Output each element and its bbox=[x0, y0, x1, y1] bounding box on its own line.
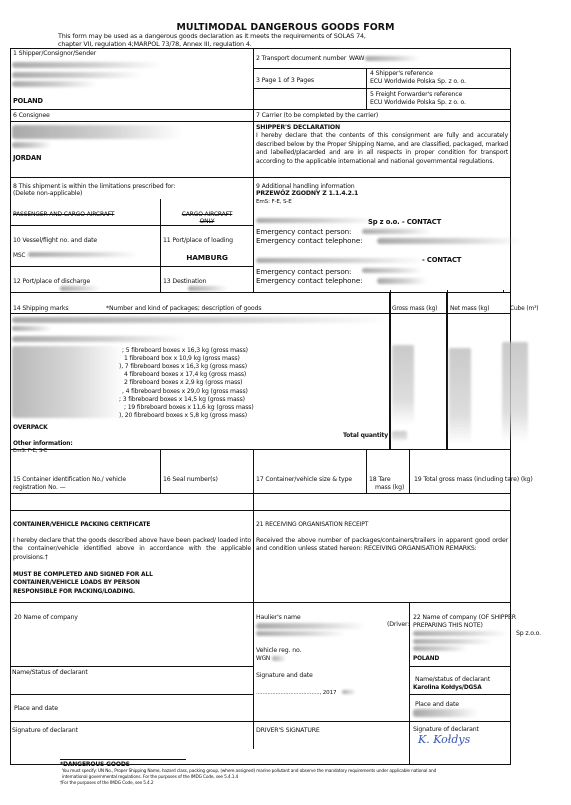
redacted-contact2-phone bbox=[377, 278, 427, 284]
box20-place-date-label: Place and date bbox=[14, 705, 58, 713]
redacted-description-line2 bbox=[12, 326, 52, 331]
haulier-name-label: Haulier's name bbox=[256, 614, 301, 622]
redacted-shipper-address bbox=[12, 72, 142, 78]
box18-label-line1: 18 Tare bbox=[369, 476, 391, 484]
redacted-net-mass bbox=[449, 348, 471, 444]
box18-label-line2: mass (kg) bbox=[375, 484, 404, 492]
box15-label-line2: registration No. — bbox=[13, 484, 66, 492]
vehicle-reg-value: WGN bbox=[256, 655, 270, 663]
form-subtitle-line2: chapter VII, regulation 4;MARPOL 73/78, … bbox=[58, 40, 252, 48]
redacted-discharge-port bbox=[60, 286, 100, 291]
shipper-reference: ECU Worldwide Polska Sp. z o. o. bbox=[370, 78, 466, 86]
package-line: 2 fibreboard boxes x 2,9 kg (gross mass) bbox=[124, 379, 242, 387]
box5-label: 5 Freight Forwarder's reference bbox=[370, 91, 462, 99]
handling-info-ems: EmS: F-E, S-E bbox=[256, 198, 292, 206]
packing-cert-title: CONTAINER/VEHICLE PACKING CERTIFICATE bbox=[13, 521, 150, 529]
box20-label: 20 Name of company bbox=[14, 614, 78, 622]
form-subtitle-line1: This form may be used as a dangerous goo… bbox=[58, 32, 366, 40]
port-of-loading: HAMBURG bbox=[161, 254, 253, 262]
redacted-contact1-person bbox=[362, 229, 432, 234]
handling-info-line1: PRZEWÓZ ZGODNY Z 1.1.4.2.1 bbox=[256, 190, 358, 198]
box21-label: 21 RECEIVING ORGANISATION RECEIPT bbox=[256, 521, 368, 529]
declarant-signature: K. Kołdys bbox=[418, 733, 470, 746]
declaration-title: SHIPPER'S DECLARATION bbox=[256, 124, 340, 132]
box14-shipping-marks-label: 14 Shipping marks bbox=[13, 305, 68, 313]
redacted-cube bbox=[502, 342, 528, 442]
box19-label: 19 Total gross mass (including tare) (kg… bbox=[414, 476, 533, 484]
redacted-box22-address bbox=[413, 639, 493, 644]
redacted-vessel bbox=[28, 252, 138, 257]
package-line: ; 5 fibreboard boxes x 16,3 kg (gross ma… bbox=[122, 347, 248, 355]
package-line: ; 3 fibreboard boxes x 14,5 kg (gross ma… bbox=[119, 396, 245, 404]
packing-cert-must-line3: RESPONSIBLE FOR PACKING/LOADING. bbox=[13, 588, 135, 596]
box1-label: 1 Shipper/Consignor/Sender bbox=[13, 50, 96, 58]
packing-cert-must-line2: CONTAINER/VEHICLE LOADS BY PERSON bbox=[13, 579, 140, 587]
overpack-label: OVERPACK bbox=[13, 424, 48, 432]
box4-label: 4 Shipper's reference bbox=[370, 70, 433, 78]
redacted-contact1-company bbox=[256, 218, 376, 223]
signature-date-label: Signature and date bbox=[256, 672, 313, 680]
freight-forwarder-reference: ECU Worldwide Polska Sp. z o. o. bbox=[370, 99, 466, 107]
contact2-phone-label: Emergency contact telephone: bbox=[256, 277, 362, 285]
package-line: , 4 fibreboard boxes x 29,0 kg (gross ma… bbox=[122, 388, 248, 396]
transport-doc-number: WAW bbox=[349, 55, 364, 63]
box3-label: 3 Page 1 of 3 Pages bbox=[256, 77, 314, 85]
redacted-doc-number bbox=[365, 56, 420, 61]
shipper-country: POLAND bbox=[13, 97, 43, 105]
redacted-haulier-name bbox=[256, 623, 366, 629]
redacted-destination bbox=[188, 286, 228, 291]
signature-date-value: .......................................,… bbox=[256, 689, 336, 697]
redacted-consignee-line bbox=[12, 142, 52, 148]
redacted-signature-date bbox=[342, 690, 356, 694]
box21-text: Received the above number of packages/co… bbox=[256, 537, 508, 554]
redacted-box22-place-date bbox=[413, 709, 478, 717]
redacted-gross-mass bbox=[392, 345, 414, 425]
vessel-value: MSC bbox=[13, 252, 25, 260]
contact2-heading: - CONTACT bbox=[422, 256, 461, 264]
consignee-country: JORDAN bbox=[13, 154, 41, 162]
redacted-consignee bbox=[12, 125, 182, 139]
contact1-heading: Sp z o.o. - CONTACT bbox=[368, 218, 441, 226]
box22-declarant-value: Karolina Kołdys/DGSA bbox=[413, 684, 482, 692]
box22-company-suffix: Sp z.o.o. bbox=[516, 630, 541, 638]
box15-label-line1: 15 Container identification No./ vehicle bbox=[13, 476, 126, 484]
redacted-package-items bbox=[12, 346, 124, 418]
box20-signature-label: Signature of declarant bbox=[12, 727, 78, 735]
contact2-person-label: Emergency contact person: bbox=[256, 268, 351, 276]
redacted-contact1-phone bbox=[377, 238, 522, 244]
box11-label: 11 Port/place of loading bbox=[163, 237, 233, 245]
package-line: ; 19 fibreboard boxes x 11,6 kg (gross m… bbox=[124, 404, 254, 412]
gross-mass-header: Gross mass (kg) bbox=[392, 305, 437, 313]
redacted-shipper-name bbox=[12, 62, 162, 68]
redacted-vehicle-reg bbox=[272, 656, 286, 661]
contact1-phone-label: Emergency contact telephone: bbox=[256, 237, 362, 245]
packing-cert-must-line1: MUST BE COMPLETED AND SIGNED FOR ALL bbox=[13, 571, 153, 579]
box22-label-line1: 22 Name of company (OF SHIPPER bbox=[413, 614, 516, 622]
other-info-ems: EmS: F-E, S-E bbox=[13, 447, 47, 455]
vehicle-reg-label: Vehicle reg. no. bbox=[256, 647, 301, 655]
redacted-description-line1 bbox=[12, 317, 387, 323]
box20-declarant-label: Name/Status of declarant bbox=[12, 669, 88, 677]
box13-label: 13 Destination bbox=[163, 278, 206, 286]
footnote-title: *DANGEROUS GOODS bbox=[60, 761, 130, 769]
redacted-box22-company bbox=[413, 631, 508, 636]
haulier-driver-label: (Driver: bbox=[387, 621, 409, 629]
contact1-person-label: Emergency contact person: bbox=[256, 228, 351, 236]
box12-label: 12 Port/place of discharge bbox=[13, 278, 90, 286]
box22-label-line2: PREPARING THIS NOTE) bbox=[413, 622, 483, 630]
cube-header: Cube (m³) bbox=[510, 305, 538, 313]
box8-label-line2: (Delete non-applicable) bbox=[13, 190, 82, 198]
option-cargo-aircraft-only-line2[interactable]: ONLY bbox=[161, 218, 253, 226]
box22-declarant-label: Name/status of declarant bbox=[415, 676, 490, 684]
redacted-contact2-person bbox=[362, 268, 422, 273]
total-quantity-label: Total quantity bbox=[343, 432, 388, 440]
package-line: ), 20 fibreboard boxes x 5,8 kg (gross m… bbox=[119, 412, 247, 420]
box22-country: POLAND bbox=[413, 655, 439, 663]
option-passenger-and-cargo-aircraft[interactable]: PASSENGER AND CARGO AIRCRAFT bbox=[13, 211, 114, 219]
package-line: ), 7 fibreboard boxes x 16,3 kg (gross m… bbox=[119, 363, 247, 371]
redacted-haulier-address bbox=[256, 631, 346, 636]
box22-place-date-label: Place and date bbox=[415, 701, 459, 709]
packing-cert-text: I hereby declare that the goods describe… bbox=[13, 537, 251, 562]
box16-label: 16 Seal number(s) bbox=[163, 476, 218, 484]
redacted-box22-city bbox=[413, 646, 468, 651]
redacted-shipper-city bbox=[12, 81, 97, 87]
package-line: 4 fibreboard boxes x 17,4 kg (gross mass… bbox=[124, 371, 246, 379]
box6-label: 6 Consignee bbox=[13, 112, 50, 120]
box2-label: 2 Transport document number bbox=[256, 55, 346, 63]
declaration-text: I hereby declare that the contents of th… bbox=[256, 132, 508, 166]
box10-label: 10 Vessel/flight no. and date bbox=[13, 237, 97, 245]
redacted-total-quantity bbox=[392, 431, 407, 441]
package-line: 1 fibreboard box x 10,9 kg (gross mass) bbox=[124, 355, 240, 363]
box17-label: 17 Container/vehicle size & type bbox=[256, 476, 352, 484]
redacted-description-line3 bbox=[12, 336, 187, 342]
box14-description-label: *Number and kind of packages; descriptio… bbox=[106, 305, 261, 313]
driver-signature-label: DRIVER'S SIGNATURE bbox=[256, 727, 320, 735]
footnote-line3: †For the purposes of the IMDG Code, see … bbox=[60, 781, 153, 787]
redacted-contact2-company bbox=[256, 258, 426, 263]
box7-label: 7 Carrier (to be completed by the carrie… bbox=[256, 112, 378, 120]
net-mass-header: Net mass (kg) bbox=[450, 305, 489, 313]
